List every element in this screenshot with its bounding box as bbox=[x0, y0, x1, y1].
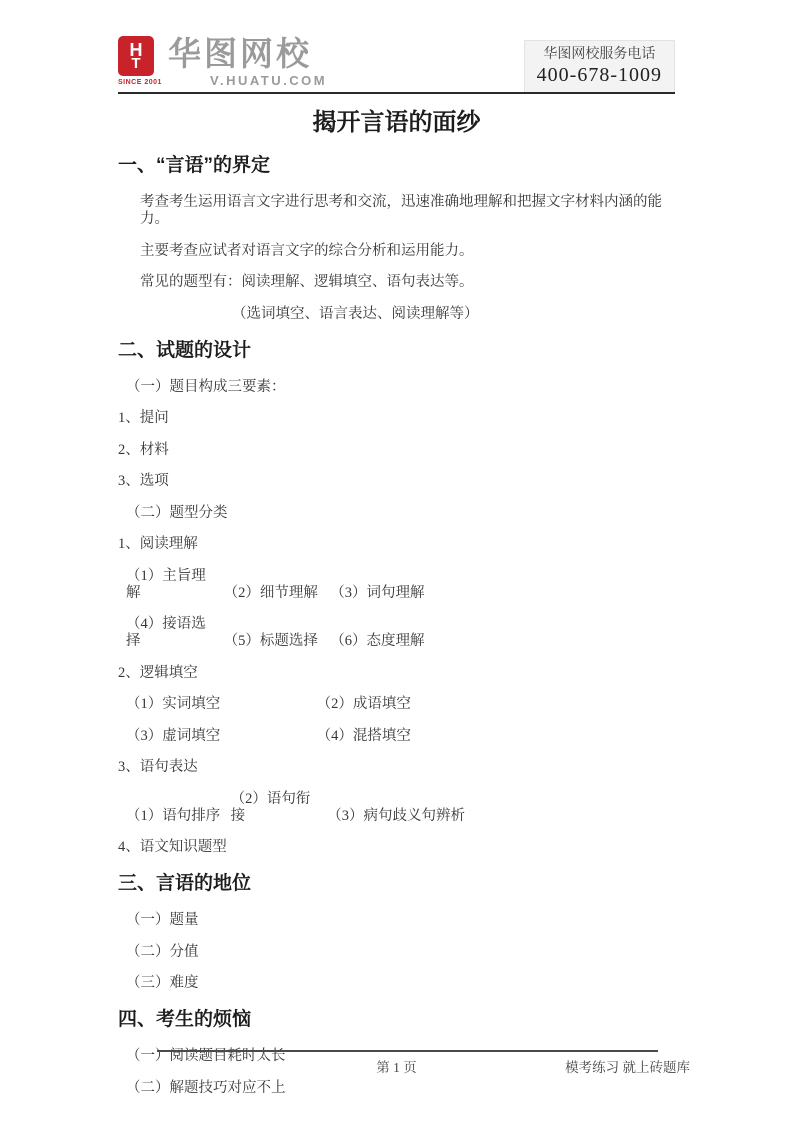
option-row: （4）接语选择 （5）标题选择 （6）态度理解 bbox=[126, 616, 675, 650]
section-1-heading: 一、“言语”的界定 bbox=[118, 154, 675, 177]
option-item: （4）接语选择 bbox=[126, 616, 220, 650]
huatu-logo-icon: H T bbox=[118, 36, 154, 76]
option-item: （2）成语填空 bbox=[317, 696, 411, 713]
option-item: （2）细节理解 bbox=[224, 585, 327, 602]
brand-block: 华图网校 V.HUATU.COM bbox=[168, 36, 327, 88]
category-label: 2、逻辑填空 bbox=[118, 665, 675, 682]
option-row: （1）实词填空 （2）成语填空 bbox=[126, 696, 675, 713]
section-4-heading: 四、考生的烦恼 bbox=[118, 1008, 675, 1031]
header-divider bbox=[118, 92, 675, 94]
huatu-logo: H T SINCE 2001 华图网校 V.HUATU.COM bbox=[118, 36, 327, 88]
paragraph: 考查考生运用语言文字进行思考和交流，迅速准确地理解和把握文字材料内涵的能力。 bbox=[140, 194, 675, 228]
list-item: （一）题量 bbox=[126, 912, 675, 929]
document-title: 揭开言语的面纱 bbox=[118, 108, 675, 138]
list-item: （三）难度 bbox=[126, 975, 675, 992]
category-label: 1、阅读理解 bbox=[118, 536, 675, 553]
option-row: （1）语句排序 （2）语句衔接 （3）病句歧义句辨析 bbox=[126, 791, 675, 825]
logo-since-text: SINCE 2001 bbox=[118, 79, 158, 86]
service-phone-box: 华图网校服务电话 400-678-1009 bbox=[524, 40, 675, 93]
brand-name: 华图网校 bbox=[168, 36, 327, 72]
section-3-heading: 三、言语的地位 bbox=[118, 872, 675, 895]
option-item: （5）标题选择 bbox=[224, 633, 327, 650]
brand-domain: V.HUATU.COM bbox=[168, 73, 327, 88]
logo-letter-t: T bbox=[131, 57, 140, 70]
section-2-heading: 二、试题的设计 bbox=[118, 339, 675, 362]
option-item: （6）态度理解 bbox=[330, 633, 424, 650]
paragraph-note: （选词填空、语言表达、阅读理解等） bbox=[232, 306, 675, 323]
subheading: （二）题型分类 bbox=[126, 505, 675, 522]
list-item: （二）分值 bbox=[126, 944, 675, 961]
category-label: 3、语句表达 bbox=[118, 759, 675, 776]
list-item: 3、选项 bbox=[118, 473, 675, 490]
list-item: 1、提问 bbox=[118, 410, 675, 427]
page-header: H T SINCE 2001 华图网校 V.HUATU.COM 华图网校服务电话… bbox=[118, 36, 675, 93]
document-body: 揭开言语的面纱 一、“言语”的界定 考查考生运用语言文字进行思考和交流，迅速准确… bbox=[118, 100, 675, 1111]
service-phone-label: 华图网校服务电话 bbox=[537, 45, 662, 64]
footer-divider bbox=[157, 1050, 658, 1052]
option-item: （4）混搭填空 bbox=[317, 728, 411, 745]
option-item: （1）实词填空 bbox=[126, 696, 313, 713]
paragraph: 常见的题型有：阅读理解、逻辑填空、语句表达等。 bbox=[140, 274, 675, 291]
document-page: H T SINCE 2001 华图网校 V.HUATU.COM 华图网校服务电话… bbox=[0, 0, 793, 1122]
footer-slogan: 模考练习 就上砖题库 bbox=[565, 1056, 690, 1076]
list-item: 2、材料 bbox=[118, 442, 675, 459]
option-item: （2）语句衔接 bbox=[231, 791, 324, 825]
service-phone-number: 400-678-1009 bbox=[537, 64, 662, 87]
option-item: （3）虚词填空 bbox=[126, 728, 313, 745]
paragraph: 主要考查应试者对语言文字的综合分析和运用能力。 bbox=[140, 243, 675, 260]
option-row: （3）虚词填空 （4）混搭填空 bbox=[126, 728, 675, 745]
list-item: （二）解题技巧对应不上 bbox=[126, 1080, 675, 1097]
option-item: （1）主旨理解 bbox=[126, 568, 220, 602]
category-label: 4、语文知识题型 bbox=[118, 839, 675, 856]
option-item: （3）病句歧义句辨析 bbox=[327, 808, 465, 825]
logo-mark-wrap: H T SINCE 2001 bbox=[118, 36, 158, 86]
option-item: （1）语句排序 bbox=[126, 808, 227, 825]
option-item: （3）词句理解 bbox=[330, 585, 424, 602]
option-row: （1）主旨理解 （2）细节理解 （3）词句理解 bbox=[126, 568, 675, 602]
subheading: （一）题目构成三要素： bbox=[126, 379, 675, 396]
